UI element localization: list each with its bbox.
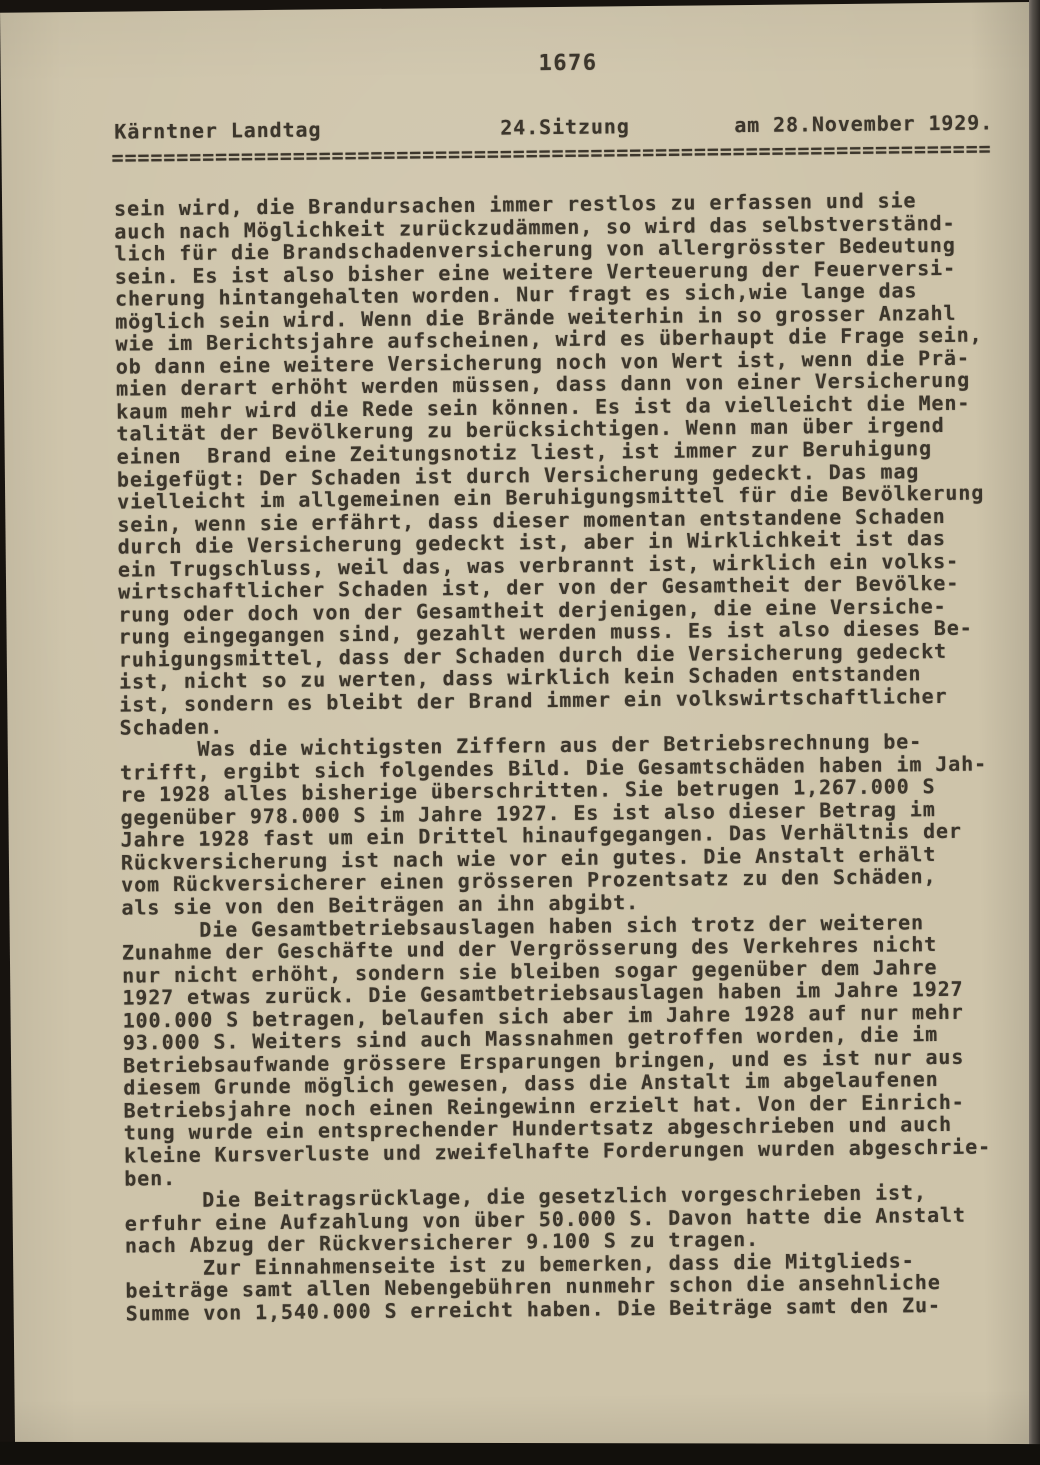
paragraph-fire-insurance: sein wird, die Brandursachen immer restl… — [114, 188, 1030, 739]
header-session-date: am 28.November 1929. — [734, 110, 993, 137]
header-session-number: 24.Sitzung — [500, 114, 630, 139]
paper-sheet: 1676 Kärntner Landtag 24.Sitzung am 28.N… — [0, 2, 1040, 1458]
paragraph-operating-expenses: Die Gesamtbetriebsauslagen haben sich tr… — [122, 910, 1035, 1190]
paragraph-operating-figures: Was die wichtigsten Ziffern aus der Betr… — [120, 729, 1032, 919]
document-header: Kärntner Landtag 24.Sitzung am 28.Novemb… — [1, 110, 1033, 121]
paragraph-contribution-reserve: Die Beitragsrücklage, die gesetzlich vor… — [124, 1180, 1035, 1257]
scanner-bed-bottom — [0, 1442, 1040, 1465]
scanned-document: 1676 Kärntner Landtag 24.Sitzung am 28.N… — [0, 0, 1040, 1465]
page-edge-shadow-band — [1029, 0, 1040, 1450]
page-number: 1676 — [538, 51, 597, 77]
body-text: sein wird, die Brandursachen immer restl… — [114, 188, 1036, 1325]
header-parliament-name: Kärntner Landtag — [114, 117, 321, 143]
paragraph-revenue-side: Zur Einnahmenseite ist zu bemerken, dass… — [125, 1248, 1036, 1325]
